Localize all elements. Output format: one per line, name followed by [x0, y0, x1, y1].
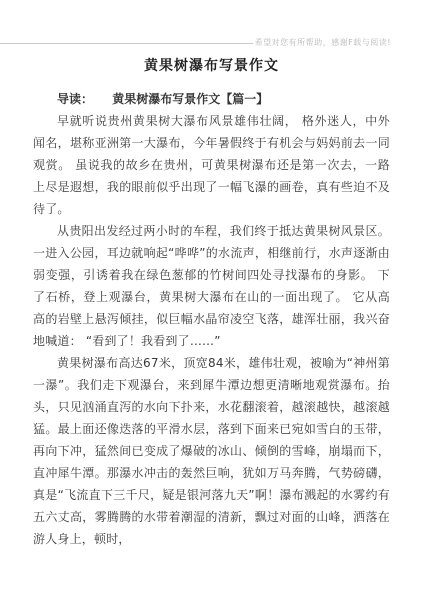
paragraph: 从贵阳出发经过两小时的车程，我们终于抵达黄果树风景区。一进入公园，耳边就响起“哗… — [33, 220, 390, 352]
document-page: 希望对您有所帮助，感谢F载与阅读! 黄果树瀑布写景作文 导读：黄果树瀑布写景作文… — [0, 0, 423, 600]
header-divider-line — [0, 43, 253, 44]
paragraph: 早就听说贵州黄果树大瀑布风景雄伟壮阔， 格外迷人，中外闻名，堪称亚洲第一大瀑布，… — [33, 110, 390, 220]
paragraph: 黄果树瀑布高达67米，顶宽84米，雄伟壮观，被喻为“神州第一瀑”。我们走下观瀑台… — [33, 352, 390, 550]
lead-label: 导读： — [57, 92, 93, 106]
document-content: 黄果树瀑布写景作文 导读：黄果树瀑布写景作文【篇一】 早就听说贵州黄果树大瀑布风… — [33, 56, 390, 550]
header-note: 希望对您有所帮助，感谢F载与阅读! — [255, 38, 391, 48]
lead-text: 黄果树瀑布写景作文【篇一】 — [112, 92, 268, 106]
document-title: 黄果树瀑布写景作文 — [33, 56, 390, 76]
page-header: 希望对您有所帮助，感谢F载与阅读! — [0, 38, 391, 48]
lead-line: 导读：黄果树瀑布写景作文【篇一】 — [33, 88, 390, 110]
